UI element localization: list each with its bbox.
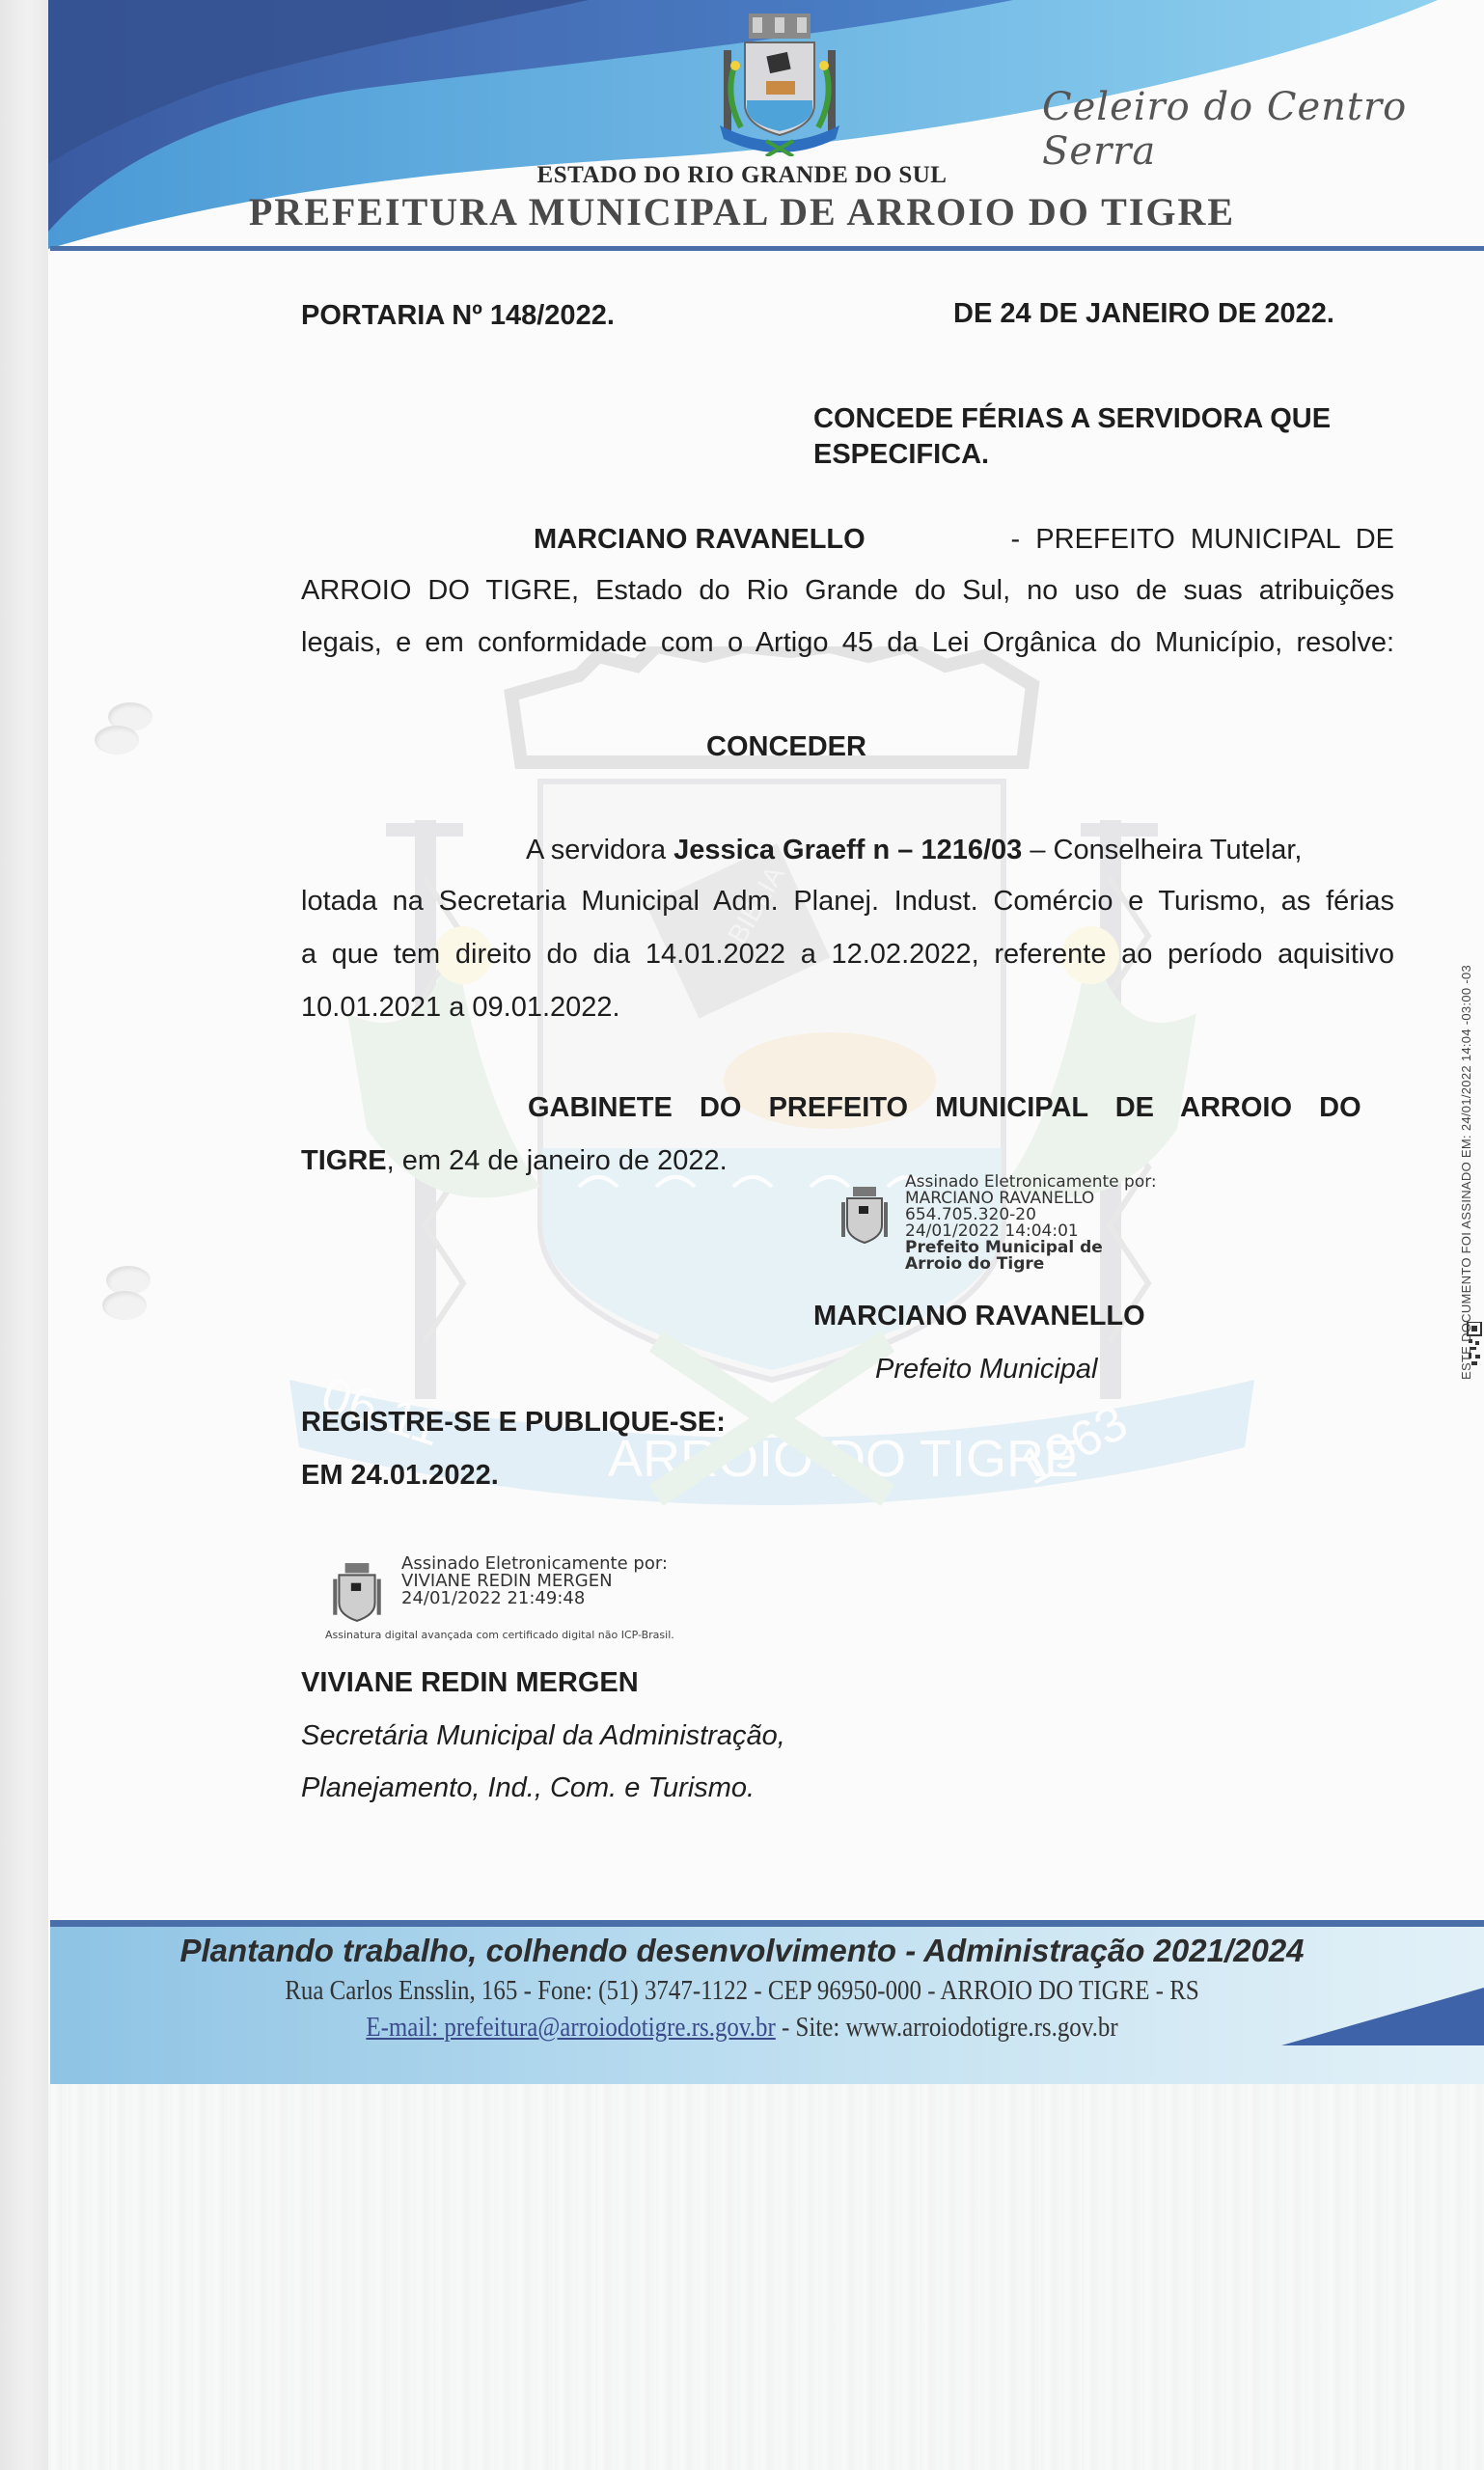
hole-punch-mark: [102, 1291, 147, 1320]
document-summary-line2: ESPECIFICA.: [813, 439, 989, 471]
secretary-name: VIVIANE REDIN MERGEN: [301, 1667, 639, 1699]
document-summary-line1: CONCEDE FÉRIAS A SERVIDORA QUE: [813, 403, 1331, 435]
document-number: PORTARIA Nº 148/2022.: [301, 300, 615, 332]
action-heading: CONCEDER: [706, 731, 866, 763]
secretary-title-line2: Planejamento, Ind., Com. e Turismo.: [301, 1772, 755, 1804]
header-rule: [50, 246, 1484, 251]
preamble-line1-rest: - PREFEITO MUNICIPAL DE: [1011, 524, 1394, 556]
mayor-name-inline: MARCIANO RAVANELLO: [534, 524, 866, 556]
document-date: DE 24 DE JANEIRO DE 2022.: [953, 298, 1334, 330]
employee-name: Jessica Graeff n – 1216/03: [673, 835, 1022, 865]
header-municipality: PREFEITURA MUNICIPAL DE ARROIO DO TIGRE: [0, 189, 1484, 234]
register-heading: REGISTRE-SE E PUBLIQUE-SE:: [301, 1407, 726, 1439]
footer-address: Rua Carlos Ensslin, 165 - Fone: (51) 374…: [104, 1975, 1381, 2007]
mayor-esignature: Assinado Eletronicamente por: MARCIANO R…: [905, 1174, 1157, 1273]
signature-seal-icon: [328, 1561, 386, 1625]
signature-seal-icon: [838, 1185, 892, 1247]
register-date: EM 24.01.2022.: [301, 1460, 499, 1492]
header-motto: Celeiro do Centro Serra: [1042, 85, 1484, 174]
grant-line3: a que tem direito do dia 14.01.2022 a 12…: [301, 939, 1394, 971]
grant-line2: lotada na Secretaria Municipal Adm. Plan…: [301, 886, 1394, 918]
preamble-line3: legais, e em conformidade com o Artigo 4…: [301, 627, 1394, 659]
footer-rule: [50, 1920, 1484, 1927]
footer-contact: E-mail: prefeitura@arroiodotigre.rs.gov.…: [104, 2012, 1381, 2044]
secretary-esignature: Assinado Eletronicamente por: VIVIANE RE…: [401, 1555, 668, 1607]
grant-line1: A servidora Jessica Graeff n – 1216/03 –…: [526, 835, 1302, 866]
mayor-name: MARCIANO RAVANELLO: [813, 1301, 1145, 1332]
blank-page-area: [48, 2084, 1484, 2470]
closing-line1: GABINETE DO PREFEITO MUNICIPAL DE ARROIO…: [528, 1092, 1361, 1124]
preamble-line1: MARCIANO RAVANELLO - PREFEITO MUNICIPAL …: [534, 524, 1394, 556]
secretary-title-line1: Secretária Municipal da Administração,: [301, 1720, 785, 1752]
municipal-coat-of-arms-icon: [712, 12, 847, 156]
signature-verification-stamp: ESTE DOCUMENTO FOI ASSINADO EM: 24/01/20…: [1459, 965, 1473, 1380]
mayor-title: Prefeito Municipal: [875, 1354, 1098, 1386]
watermark-coat-of-arms-icon: BIBLIA 06 11 ARROIO DO TIGRE 1963: [289, 646, 1254, 1515]
signature-certificate-note: Assinatura digital avançada com certific…: [325, 1629, 750, 1641]
preamble-line2: ARROIO DO TIGRE, Estado do Rio Grande do…: [301, 575, 1394, 607]
grant-line4: 10.01.2021 a 09.01.2022.: [301, 992, 620, 1024]
footer-site: - Site: www.arroiodotigre.rs.gov.br: [776, 2012, 1118, 2043]
header-state: ESTADO DO RIO GRANDE DO SUL: [0, 162, 1484, 189]
closing-line2: TIGRE, em 24 de janeiro de 2022.: [301, 1145, 728, 1177]
hole-punch-mark: [95, 726, 139, 755]
footer-email-link[interactable]: E-mail: prefeitura@arroiodotigre.rs.gov.…: [366, 2012, 775, 2043]
footer-slogan: Plantando trabalho, colhendo desenvolvim…: [0, 1933, 1484, 1969]
scan-left-margin: [0, 0, 48, 2470]
